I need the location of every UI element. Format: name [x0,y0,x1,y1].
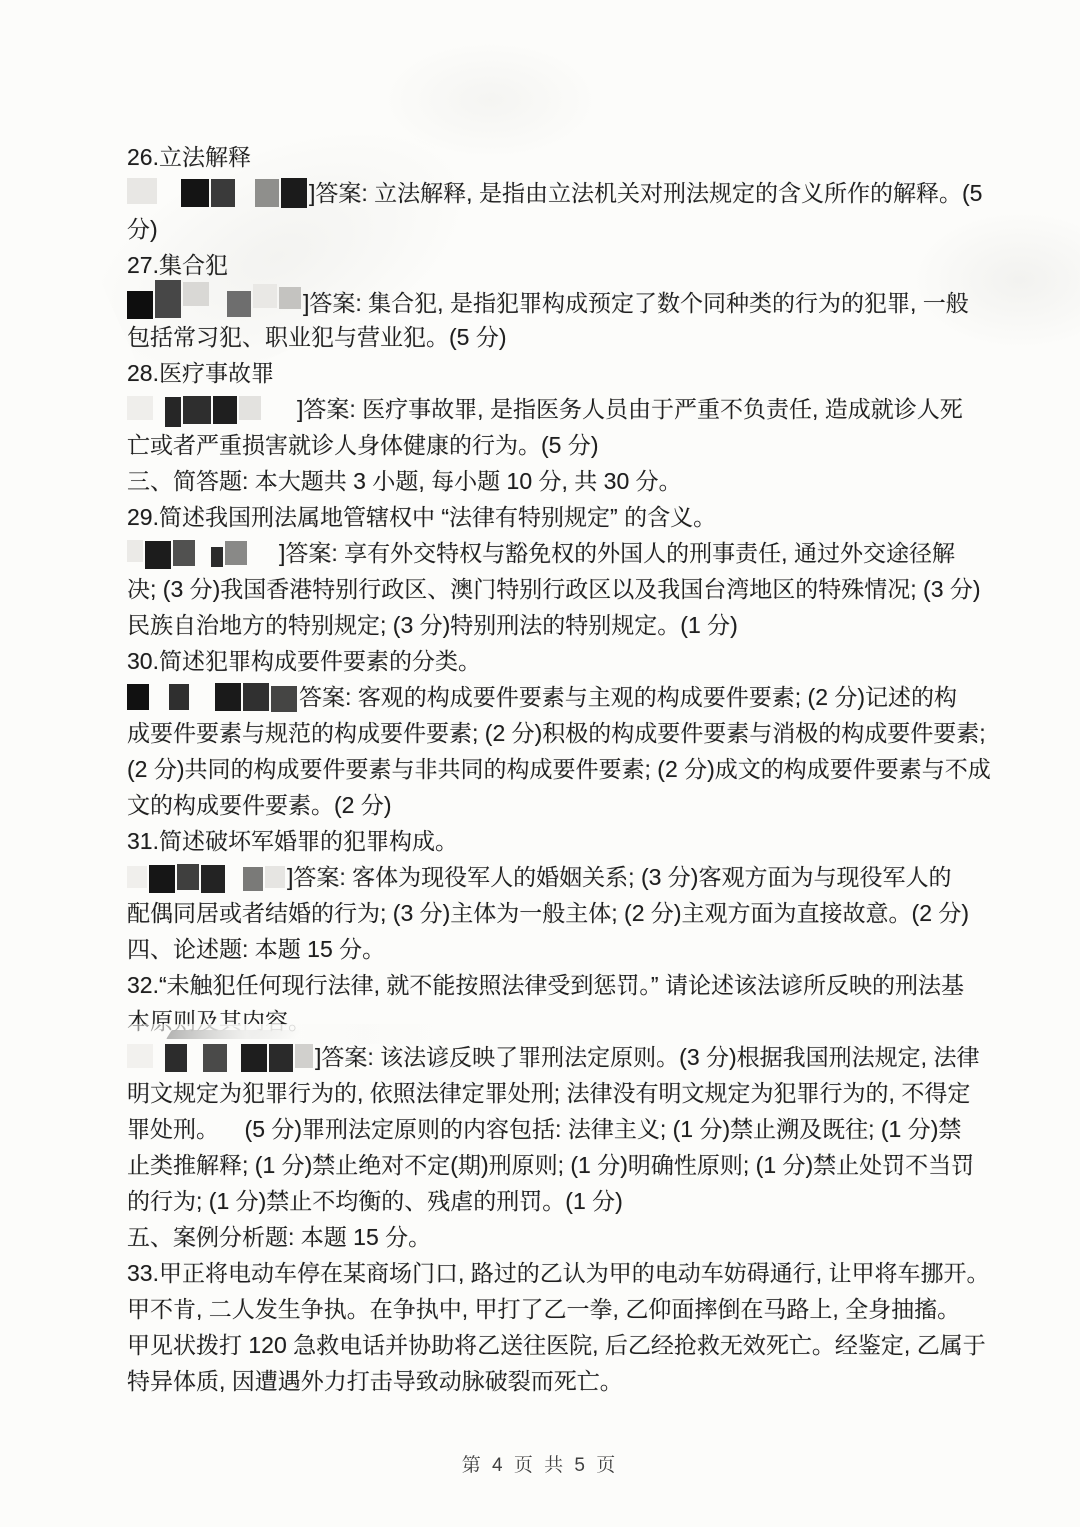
exam-answers-body: 26.立法解释 ]答案: 立法解释, 是指由立法机关对刑法规定的含义所作的解释。… [127,139,1032,1399]
answer-line: 答案: 客观的构成要件要素与主观的构成要件要素; (2 分)记述的构 [127,679,1032,715]
question-title: 26.立法解释 [127,139,1032,175]
question-title: 29.简述我国刑法属地管辖权中 “法律有特别规定” 的含义。 [127,499,1032,535]
redaction-mark [127,864,285,894]
line-text: 决; (3 分)我国香港特别行政区、澳门特别行政区以及我国台湾地区的特殊情况; … [127,576,981,602]
line-text: ]答案: 该法谚反映了罪刑法定原则。(3 分)根据我国刑法规定, 法律 [315,1044,979,1070]
continuation-line: (2 分)共同的构成要件要素与非共同的构成要件要素; (2 分)成文的构成要件要… [127,751,1032,787]
line-text: ]答案: 医疗事故罪, 是指医务人员由于严重不负责任, 造成就诊人死 [297,396,963,422]
line-text: 罪处刑。 (5 分)罪刑法定原则的内容包括: 法律主义; (1 分)禁止溯及既往… [127,1116,961,1142]
line-text: 四、论述题: 本题 15 分。 [127,936,385,962]
line-text: 民族自治地方的特别规定; (3 分)特别刑法的特别规定。(1 分) [127,612,738,638]
line-text: ]答案: 享有外交特权与豁免权的外国人的刑事责任, 通过外交途径解 [279,540,955,566]
continuation-line: 配偶同居或者结婚的行为; (3 分)主体为一般主体; (2 分)主观方面为直接故… [127,895,1032,931]
line-text: ]答案: 客体为现役军人的婚姻关系; (3 分)客观方面为与现役军人的 [287,864,951,890]
line-text: ]答案: 集合犯, 是指犯罪构成预定了数个同种类的行为的犯罪, 一般 [303,290,969,316]
line-text: 止类推解释; (1 分)禁止绝对不定(期)刑原则; (1 分)明确性原则; (1… [127,1152,974,1178]
line-text: 分) [127,216,158,242]
line-text: 本原则及其内容。 [127,1008,311,1034]
continuation-line: 甲不肯, 二人发生争执。在争执中, 甲打了乙一拳, 乙仰面摔倒在马路上, 全身抽… [127,1291,1032,1327]
line-text: 27.集合犯 [127,252,228,278]
line-text: 文的构成要件要素。(2 分) [127,792,392,818]
redaction-mark [127,178,307,208]
section-heading: 三、简答题: 本大题共 3 小题, 每小题 10 分, 共 30 分。 [127,463,1032,499]
scanned-exam-page: 26.立法解释 ]答案: 立法解释, 是指由立法机关对刑法规定的含义所作的解释。… [0,0,1080,1527]
line-text: 成要件要素与规范的构成要件要素; (2 分)积极的构成要件要素与消极的构成要件要… [127,720,986,746]
answer-line: ]答案: 医疗事故罪, 是指医务人员由于严重不负责任, 造成就诊人死 [127,391,1032,427]
continuation-line: 的行为; (1 分)禁止不均衡的、残虐的刑罚。(1 分) [127,1183,1032,1219]
question-title: 28.医疗事故罪 [127,355,1032,391]
line-text: 31.简述破坏军婚罪的犯罪构成。 [127,828,458,854]
line-text: 亡或者严重损害就诊人身体健康的行为。(5 分) [127,432,599,458]
line-text: 答案: 客观的构成要件要素与主观的构成要件要素; (2 分)记述的构 [299,684,957,710]
continuation-line: 成要件要素与规范的构成要件要素; (2 分)积极的构成要件要素与消极的构成要件要… [127,715,1032,751]
line-text: 的行为; (1 分)禁止不均衡的、残虐的刑罚。(1 分) [127,1188,623,1214]
question-title: 32.“未触犯任何现行法律, 就不能按照法律受到惩罚。” 请论述该法谚所反映的刑… [127,967,1032,1003]
line-text: 明文规定为犯罪行为的, 依照法律定罪处刑; 法律没有明文规定为犯罪行为的, 不得… [127,1080,970,1106]
page-footer: 第 4 页 共 5 页 [0,1450,1080,1477]
answer-line: ]答案: 享有外交特权与豁免权的外国人的刑事责任, 通过外交途径解 [127,535,1032,571]
line-text: 三、简答题: 本大题共 3 小题, 每小题 10 分, 共 30 分。 [127,468,682,494]
line-text: 32.“未触犯任何现行法律, 就不能按照法律受到惩罚。” 请论述该法谚所反映的刑… [127,972,964,998]
line-text: 甲见状拨打 120 急救电话并协助将乙送往医院, 后乙经抢救无效死亡。经鉴定, … [127,1332,986,1358]
continuation-line: 决; (3 分)我国香港特别行政区、澳门特别行政区以及我国台湾地区的特殊情况; … [127,571,1032,607]
continuation-line: 止类推解释; (1 分)禁止绝对不定(期)刑原则; (1 分)明确性原则; (1… [127,1147,1032,1183]
answer-line: ]答案: 立法解释, 是指由立法机关对刑法规定的含义所作的解释。(5 [127,175,1032,211]
continuation-line: 罪处刑。 (5 分)罪刑法定原则的内容包括: 法律主义; (1 分)禁止溯及既往… [127,1111,1032,1147]
line-text: 甲不肯, 二人发生争执。在争执中, 甲打了乙一拳, 乙仰面摔倒在马路上, 全身抽… [127,1296,960,1322]
answer-line: ]答案: 客体为现役军人的婚姻关系; (3 分)客观方面为与现役军人的 [127,859,1032,895]
continuation-line: 包括常习犯、职业犯与营业犯。(5 分) [127,319,1032,355]
line-text: 特异体质, 因遭遇外力打击导致动脉破裂而死亡。 [127,1368,623,1394]
question-title: 33.甲正将电动车停在某商场门口, 路过的乙认为甲的电动车妨碍通行, 让甲将车挪… [127,1255,1032,1291]
line-text: 五、案例分析题: 本题 15 分。 [127,1224,431,1250]
question-title: 31.简述破坏军婚罪的犯罪构成。 [127,823,1032,859]
line-text: 33.甲正将电动车停在某商场门口, 路过的乙认为甲的电动车妨碍通行, 让甲将车挪… [127,1260,990,1286]
line-text: 包括常习犯、职业犯与营业犯。(5 分) [127,324,507,350]
section-heading: 五、案例分析题: 本题 15 分。 [127,1219,1032,1255]
continuation-line: 分) [127,211,1032,247]
question-title-obscured: 本原则及其内容。 [127,1003,1032,1039]
line-text: 29.简述我国刑法属地管辖权中 “法律有特别规定” 的含义。 [127,504,716,530]
question-title: 27.集合犯 [127,247,1032,283]
line-text: 26.立法解释 [127,144,251,170]
redaction-mark [127,682,297,712]
redaction-mark [127,1043,313,1073]
page-number: 第 4 页 共 5 页 [462,1455,619,1476]
continuation-line: 民族自治地方的特别规定; (3 分)特别刑法的特别规定。(1 分) [127,607,1032,643]
redaction-mark [127,283,301,321]
line-text: 30.简述犯罪构成要件要素的分类。 [127,648,481,674]
continuation-line: 明文规定为犯罪行为的, 依照法律定罪处刑; 法律没有明文规定为犯罪行为的, 不得… [127,1075,1032,1111]
answer-line: ]答案: 该法谚反映了罪刑法定原则。(3 分)根据我国刑法规定, 法律 [127,1039,1032,1075]
continuation-line: 甲见状拨打 120 急救电话并协助将乙送往医院, 后乙经抢救无效死亡。经鉴定, … [127,1327,1032,1363]
continuation-line: 文的构成要件要素。(2 分) [127,787,1032,823]
line-text: 28.医疗事故罪 [127,360,274,386]
question-title: 30.简述犯罪构成要件要素的分类。 [127,643,1032,679]
line-text: ]答案: 立法解释, 是指由立法机关对刑法规定的含义所作的解释。(5 [309,180,982,206]
section-heading: 四、论述题: 本题 15 分。 [127,931,1032,967]
answer-line: ]答案: 集合犯, 是指犯罪构成预定了数个同种类的行为的犯罪, 一般 [127,283,1032,319]
line-text: (2 分)共同的构成要件要素与非共同的构成要件要素; (2 分)成文的构成要件要… [127,756,991,782]
continuation-line: 亡或者严重损害就诊人身体健康的行为。(5 分) [127,427,1032,463]
continuation-line: 特异体质, 因遭遇外力打击导致动脉破裂而死亡。 [127,1363,1032,1399]
line-text: 配偶同居或者结婚的行为; (3 分)主体为一般主体; (2 分)主观方面为直接故… [127,900,969,926]
redaction-mark [127,395,295,425]
redaction-mark [127,540,277,570]
